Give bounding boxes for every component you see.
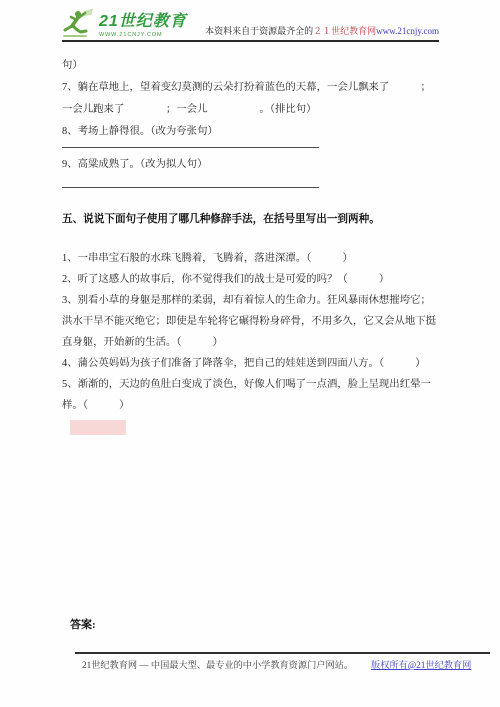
answer-blank-line [62, 147, 319, 148]
footer-text: 21世纪教育网 — 中国最大型、最专业的中小学教育资源门户网站。 [82, 660, 353, 670]
worksheet-body: 句） 7、躺在草地上，望着变幻莫测的云朵打扮着蓝色的天幕，一会儿飘来了 ； 一会… [62, 55, 439, 435]
section5-item-1: 1、一串串宝石般的水珠飞腾着，飞腾着，落进深潭。（ ） [62, 248, 439, 269]
header-tagline: 本资料来自于资源最齐全的２１世纪教育网www.21cnjy.com [205, 25, 439, 38]
question-fragment: 句） [62, 55, 439, 77]
answer-blank-line [62, 187, 319, 188]
running-figure-icon [62, 8, 96, 38]
question-7: 7、躺在草地上，望着变幻莫测的云朵打扮着蓝色的天幕，一会儿飘来了 ； 一会儿跑来… [62, 77, 439, 121]
footer: 21世纪教育网 — 中国最大型、最专业的中小学教育资源门户网站。版权所有@21世… [75, 652, 490, 671]
section5-item-2: 2、听了这感人的故事后，你不觉得我们的战士是可爱的吗？（ ） [62, 269, 439, 290]
section5-item-3: 3、别看小草的身躯是那样的柔弱，却有着惊人的生命力。狂风暴雨休想摧垮它；洪水干旱… [62, 290, 439, 353]
section5-heading: 五、说说下面句子使用了哪几种修辞手法，在括号里写出一到两种。 [62, 209, 439, 231]
section5-item-5: 5、渐渐的，天边的鱼肚白变成了淡色，好像人们喝了一点酒，脸上呈现出红晕一样。（ … [62, 374, 439, 416]
tagline-brand: ２１世纪教育网 [313, 26, 376, 36]
question-9: 9、高粱成熟了。（改为拟人句） [62, 154, 439, 176]
tagline-url-link[interactable]: www.21cnjy.com [376, 26, 439, 36]
copyright-link[interactable]: 版权所有@21世纪教育网 [371, 660, 471, 670]
logo-text: 21世纪教育 WWW.21CNJY.COM [99, 14, 187, 38]
tagline-prefix: 本资料来自于资源最齐全的 [205, 26, 313, 36]
logo-21cnjy: 21世纪教育 WWW.21CNJY.COM [62, 8, 187, 38]
question-8: 8、考场上静得很。（改为夸张句） [62, 121, 439, 143]
section5-item-4: 4、蒲公英妈妈为孩子们准备了降落伞，把自己的娃娃送到四面八方。（ ） [62, 353, 439, 374]
answers-label: 答案: [70, 616, 96, 632]
watermark-stamp [70, 420, 126, 435]
logo-brand: 21世纪教育 [99, 14, 187, 30]
header: 21世纪教育 WWW.21CNJY.COM 本资料来自于资源最齐全的２１世纪教育… [62, 8, 439, 42]
page: 21世纪教育 WWW.21CNJY.COM 本资料来自于资源最齐全的２１世纪教育… [0, 0, 500, 707]
logo-sub: WWW.21CNJY.COM [99, 32, 187, 38]
